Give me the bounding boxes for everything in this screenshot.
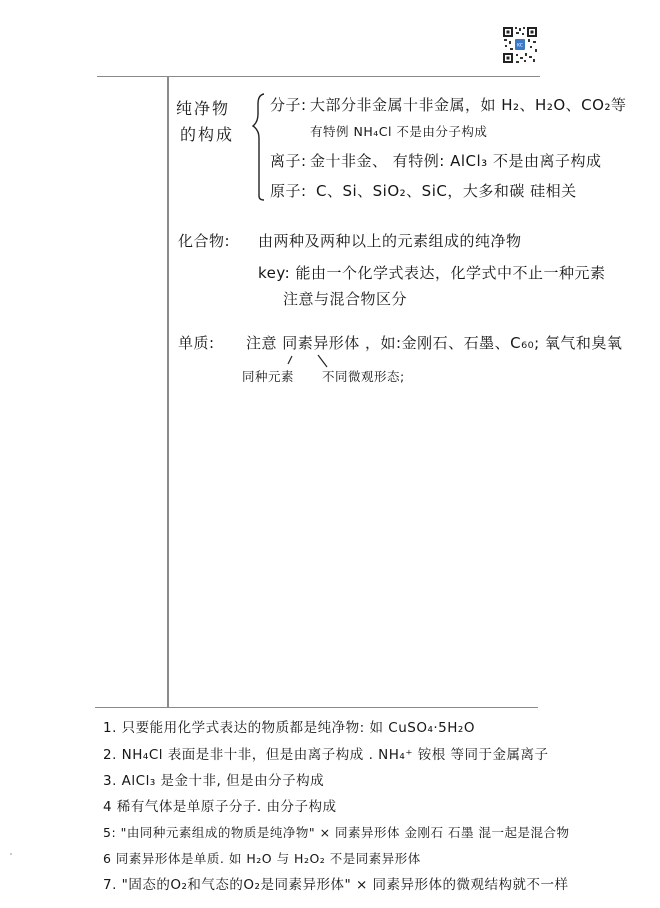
svg-text:KC: KC xyxy=(517,43,523,49)
annotation-same-element: 同种元素 xyxy=(242,368,294,386)
note-6: 6 同素异形体是单质. 如 H₂O 与 H₂O₂ 不是同素异形体 xyxy=(103,850,421,868)
annotation-different-form: 不同微观形态; xyxy=(322,368,405,386)
note-4: 4 稀有气体是单原子分子. 由分子构成 xyxy=(103,798,336,816)
ion-text: 金十非金、 有特例: AlCl₃ 不是由离子构成 xyxy=(310,152,601,170)
margin-line xyxy=(167,77,169,707)
curly-brace-icon xyxy=(250,92,268,202)
note-2: 2. NH₄Cl 表面是非十非，但是由离子构成 . NH₄⁺ 铵根 等同于金属离… xyxy=(103,746,549,764)
compound-heading: 化合物: xyxy=(178,232,230,250)
compound-key-line-2: 注意与混合物区分 xyxy=(283,290,407,308)
molecule-label: 分子: xyxy=(270,96,307,114)
top-rule-line xyxy=(97,76,540,77)
note-3: 3. AlCl₃ 是金十非, 但是由分子构成 xyxy=(103,772,324,790)
compound-definition: 由两种及两种以上的元素组成的纯净物 xyxy=(258,232,522,250)
bottom-rule-line xyxy=(95,707,538,708)
speck xyxy=(10,853,12,855)
element-substance-heading: 单质: xyxy=(178,334,215,352)
ion-label: 离子: xyxy=(270,152,307,170)
compound-key-line-1: key: 能由一个化学式表达，化学式中不止一种元素 xyxy=(258,264,606,282)
molecule-text: 大部分非金属十非金属，如 H₂、H₂O、CO₂等 xyxy=(310,96,626,114)
molecule-note: 有特例 NH₄Cl 不是由分子构成 xyxy=(310,123,487,141)
note-5: 5: "由同种元素组成的物质是纯净物" × 同素异形体 金刚石 石墨 混一起是混… xyxy=(103,824,569,842)
note-1: 1. 只要能用化学式表达的物质都是纯净物: 如 CuSO₄·5H₂O xyxy=(103,719,475,737)
pure-substance-heading-2: 的构成 xyxy=(180,126,234,144)
pure-substance-heading-1: 纯净物 xyxy=(176,100,230,118)
qr-code: KC xyxy=(502,24,538,66)
atom-label: 原子: xyxy=(270,182,307,200)
qr-code-icon: KC xyxy=(502,24,538,66)
atom-text: C、Si、SiO₂、SiC，大多和碳 硅相关 xyxy=(316,182,577,200)
note-7: 7. "固态的O₂和气态的O₂是同素异形体" × 同素异形体的微观结构就不一样 xyxy=(103,876,569,894)
element-substance-text: 注意 同素异形体 ，如:金刚石、石墨、C₆₀; 氧气和臭氧 xyxy=(246,334,622,352)
